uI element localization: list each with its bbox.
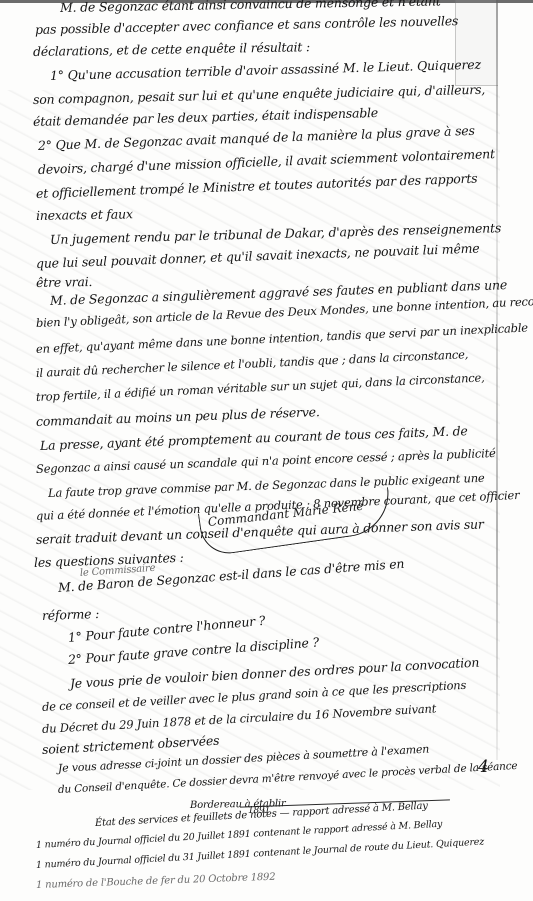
text-line: 1° Qu'une accusation terrible d'avoir as… [50, 57, 481, 83]
manuscript-page: M. de Segonzac étant ainsi convaincu de … [0, 0, 533, 901]
text-line: inexacts et faux [36, 206, 133, 223]
text-line: pas possible d'accepter avec confiance e… [35, 13, 458, 37]
interlinear-note: 1891 [248, 806, 270, 816]
text-line: M. de Segonzac étant ainsi convaincu de … [60, 0, 441, 15]
paper-corner-fold [455, 0, 498, 86]
text-line: réforme : [42, 606, 100, 623]
text-line: être vrai. [36, 274, 92, 290]
page-number: 4 [478, 757, 489, 777]
scan-right-edge [496, 0, 498, 760]
text-line: déclarations, et de cette enquête il rés… [33, 39, 310, 59]
text-line: 1 numéro de l'Bouche de fer du 20 Octobr… [36, 872, 276, 891]
